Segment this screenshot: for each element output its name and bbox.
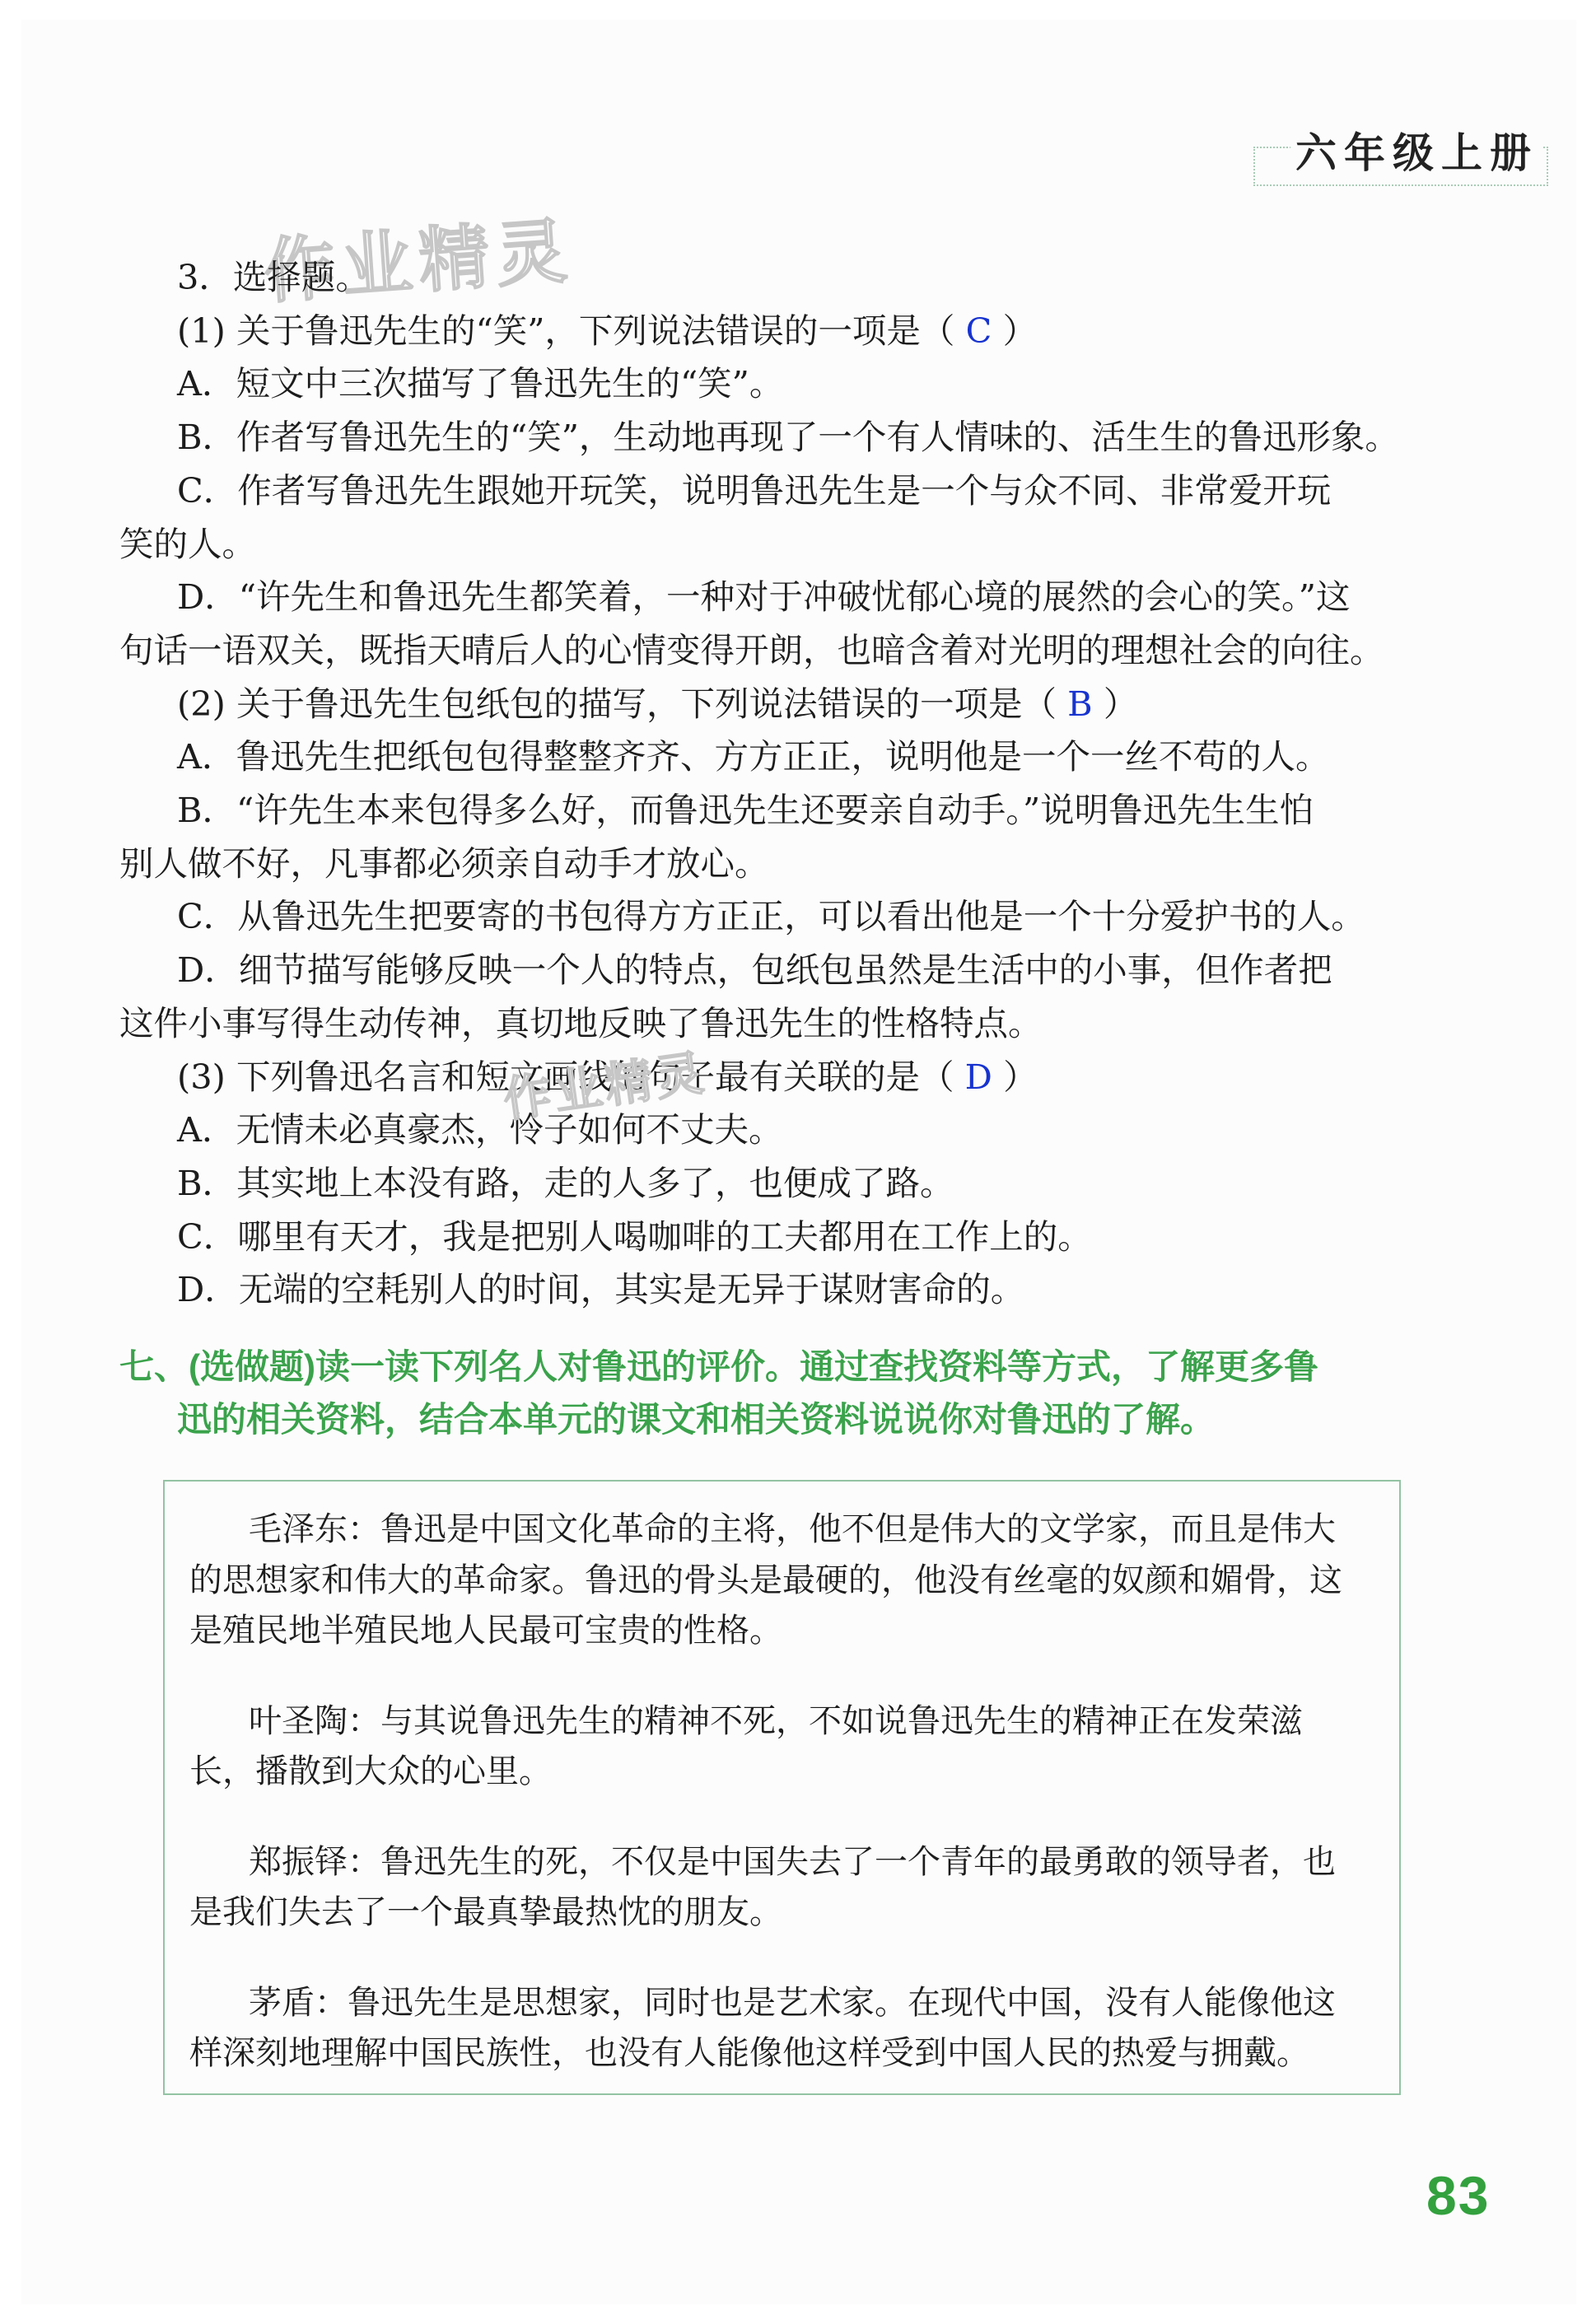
line-text: 3．选择题。 (177, 257, 370, 297)
workbook-page: 作业精灵 六年级上册 3．选择题。(1) 关于鲁迅先生的“笑”，下列说法错误的一… (21, 20, 1576, 2304)
line-text: ） (992, 1057, 1038, 1097)
page-number: 83 (1426, 2164, 1490, 2227)
quote-paragraph: 茅盾：鲁迅先生是思想家，同时也是艺术家。在现代中国，没有人能像他这样深刻地理解中… (189, 1978, 1383, 2079)
text-line: (2) 关于鲁迅先生包纸包的描写，下列说法错误的一项是（ B ） (119, 678, 1519, 731)
quote-line: 的思想家和伟大的革命家。鲁迅的骨头是最硬的，他没有丝毫的奴颜和媚骨，这 (189, 1556, 1383, 1607)
line-text: B．作者写鲁迅先生的“笑”，生动地再现了一个有人情味的、活生生的鲁迅形象。 (177, 417, 1399, 457)
answer-letter: D (965, 1057, 992, 1097)
quote-line: 是我们失去了一个最真挚最热忱的朋友。 (189, 1888, 1383, 1939)
line-text: C．哪里有天才，我是把别人喝咖啡的工夫都用在工作上的。 (177, 1216, 1092, 1257)
line-text: 迅的相关资料，结合本单元的课文和相关资料说说你对鲁迅的了解。 (177, 1400, 1215, 1439)
quote-line: 是殖民地半殖民地人民最可宝贵的性格。 (189, 1606, 1383, 1657)
text-line: A．无情未必真豪杰，怜子如何不丈夫。 (119, 1104, 1519, 1157)
text-line: A．短文中三次描写了鲁迅先生的“笑”。 (119, 357, 1519, 411)
quote-line: 叶圣陶：与其说鲁迅先生的精神不死，不如说鲁迅先生的精神正在发荣滋 (189, 1696, 1383, 1748)
text-line: D．“许先生和鲁迅先生都笑着，一种对于冲破忧郁心境的展然的会心的笑。”这 (119, 571, 1519, 624)
quote-line: 郑振铎：鲁迅先生的死，不仅是中国失去了一个青年的最勇敢的领导者，也 (189, 1837, 1383, 1888)
text-line: D．无端的空耗别人的时间，其实是无异于谋财害命的。 (119, 1263, 1519, 1317)
text-line: C．哪里有天才，我是把别人喝咖啡的工夫都用在工作上的。 (119, 1211, 1519, 1264)
grade-label: 六年级上册 (1290, 120, 1543, 180)
quote-paragraph: 毛泽东：鲁迅是中国文化革命的主将，他不但是伟大的文学家，而且是伟大的思想家和伟大… (189, 1505, 1383, 1657)
line-text: 句话一语双关，既指天晴后人的心情变得开朗，也暗含着对光明的理想社会的向往。 (119, 630, 1384, 670)
line-text: ） (992, 310, 1037, 351)
line-text: D．“许先生和鲁迅先生都笑着，一种对于冲破忧郁心境的展然的会心的笑。”这 (177, 576, 1350, 617)
line-text: (2) 关于鲁迅先生包纸包的描写，下列说法错误的一项是（ (177, 684, 1067, 724)
answer-letter: B (1067, 684, 1093, 724)
text-line: 笑的人。 (119, 518, 1519, 572)
quote-line: 样深刻地理解中国民族性，也没有人能像他这样受到中国人民的热爱与拥戴。 (189, 2028, 1383, 2079)
line-text: D．无端的空耗别人的时间，其实是无异于谋财害命的。 (177, 1269, 1024, 1309)
text-line: B．“许先生本来包得多么好，而鲁迅先生还要亲自动手。”说明鲁迅先生生怕 (119, 784, 1519, 838)
text-line: (3) 下列鲁迅名言和短文画线的句子最有关联的是（ D ） (119, 1051, 1519, 1104)
line-text: B．“许先生本来包得多么好，而鲁迅先生还要亲自动手。”说明鲁迅先生生怕 (177, 790, 1314, 830)
grade-label-box: 六年级上册 (1253, 147, 1548, 186)
line-text: 七、(选做题)读一读下列名人对鲁迅的评价。通过查找资料等方式，了解更多鲁 (119, 1347, 1318, 1386)
quote-line: 毛泽东：鲁迅是中国文化革命的主将，他不但是伟大的文学家，而且是伟大 (189, 1505, 1383, 1556)
text-line: C．从鲁迅先生把要寄的书包得方方正正，可以看出他是一个十分爱护书的人。 (119, 890, 1519, 944)
text-line: C．作者写鲁迅先生跟她开玩笑，说明鲁迅先生是一个与众不同、非常爱开玩 (119, 464, 1519, 518)
line-text: A．短文中三次描写了鲁迅先生的“笑”。 (177, 363, 783, 404)
text-line: D．细节描写能够反映一个人的特点，包纸包虽然是生活中的小事，但作者把 (119, 944, 1519, 997)
line-text: ） (1093, 684, 1138, 724)
text-line: B．作者写鲁迅先生的“笑”，生动地再现了一个有人情味的、活生生的鲁迅形象。 (119, 411, 1519, 464)
text-line: 别人做不好，凡事都必须亲自动手才放心。 (119, 838, 1519, 891)
line-text: A．无情未必真豪杰，怜子如何不丈夫。 (177, 1109, 782, 1150)
section-7-heading: 七、(选做题)读一读下列名人对鲁迅的评价。通过查找资料等方式，了解更多鲁迅的相关… (119, 1341, 1519, 1446)
line-text: C．作者写鲁迅先生跟她开玩笑，说明鲁迅先生是一个与众不同、非常爱开玩 (177, 470, 1331, 511)
text-line: 3．选择题。 (119, 251, 1519, 305)
answer-letter: C (966, 310, 992, 351)
text-line: 这件小事写得生动传神，真切地反映了鲁迅先生的性格特点。 (119, 997, 1519, 1051)
quote-line: 茅盾：鲁迅先生是思想家，同时也是艺术家。在现代中国，没有人能像他这 (189, 1978, 1383, 2029)
line-text: C．从鲁迅先生把要寄的书包得方方正正，可以看出他是一个十分爱护书的人。 (177, 896, 1365, 936)
line-text: B．其实地上本没有路，走的人多了，也便成了路。 (177, 1163, 954, 1203)
line-text: A．鲁迅先生把纸包包得整整齐齐、方方正正，说明他是一个一丝不苟的人。 (177, 736, 1329, 777)
text-line: 七、(选做题)读一读下列名人对鲁迅的评价。通过查找资料等方式，了解更多鲁 (119, 1341, 1519, 1393)
quote-paragraph: 郑振铎：鲁迅先生的死，不仅是中国失去了一个青年的最勇敢的领导者，也是我们失去了一… (189, 1837, 1383, 1939)
quote-line: 长，播散到大众的心里。 (189, 1747, 1383, 1798)
famous-quotes-box: 毛泽东：鲁迅是中国文化革命的主将，他不但是伟大的文学家，而且是伟大的思想家和伟大… (163, 1480, 1401, 2095)
quote-paragraph: 叶圣陶：与其说鲁迅先生的精神不死，不如说鲁迅先生的精神正在发荣滋长，播散到大众的… (189, 1696, 1383, 1798)
text-line: 句话一语双关，既指天晴后人的心情变得开朗，也暗含着对光明的理想社会的向往。 (119, 624, 1519, 678)
text-line: (1) 关于鲁迅先生的“笑”，下列说法错误的一项是（ C ） (119, 305, 1519, 358)
line-text: 笑的人。 (119, 524, 256, 564)
question-3-block: 3．选择题。(1) 关于鲁迅先生的“笑”，下列说法错误的一项是（ C ）A．短文… (119, 251, 1519, 1317)
text-line: 迅的相关资料，结合本单元的课文和相关资料说说你对鲁迅的了解。 (119, 1393, 1519, 1446)
line-text: (1) 关于鲁迅先生的“笑”，下列说法错误的一项是（ (177, 310, 966, 351)
line-text: D．细节描写能够反映一个人的特点，包纸包虽然是生活中的小事，但作者把 (177, 950, 1332, 990)
text-line: B．其实地上本没有路，走的人多了，也便成了路。 (119, 1157, 1519, 1211)
line-text: 这件小事写得生动传神，真切地反映了鲁迅先生的性格特点。 (119, 1003, 1043, 1043)
line-text: 别人做不好，凡事都必须亲自动手才放心。 (119, 843, 769, 884)
text-line: A．鲁迅先生把纸包包得整整齐齐、方方正正，说明他是一个一丝不苟的人。 (119, 730, 1519, 784)
